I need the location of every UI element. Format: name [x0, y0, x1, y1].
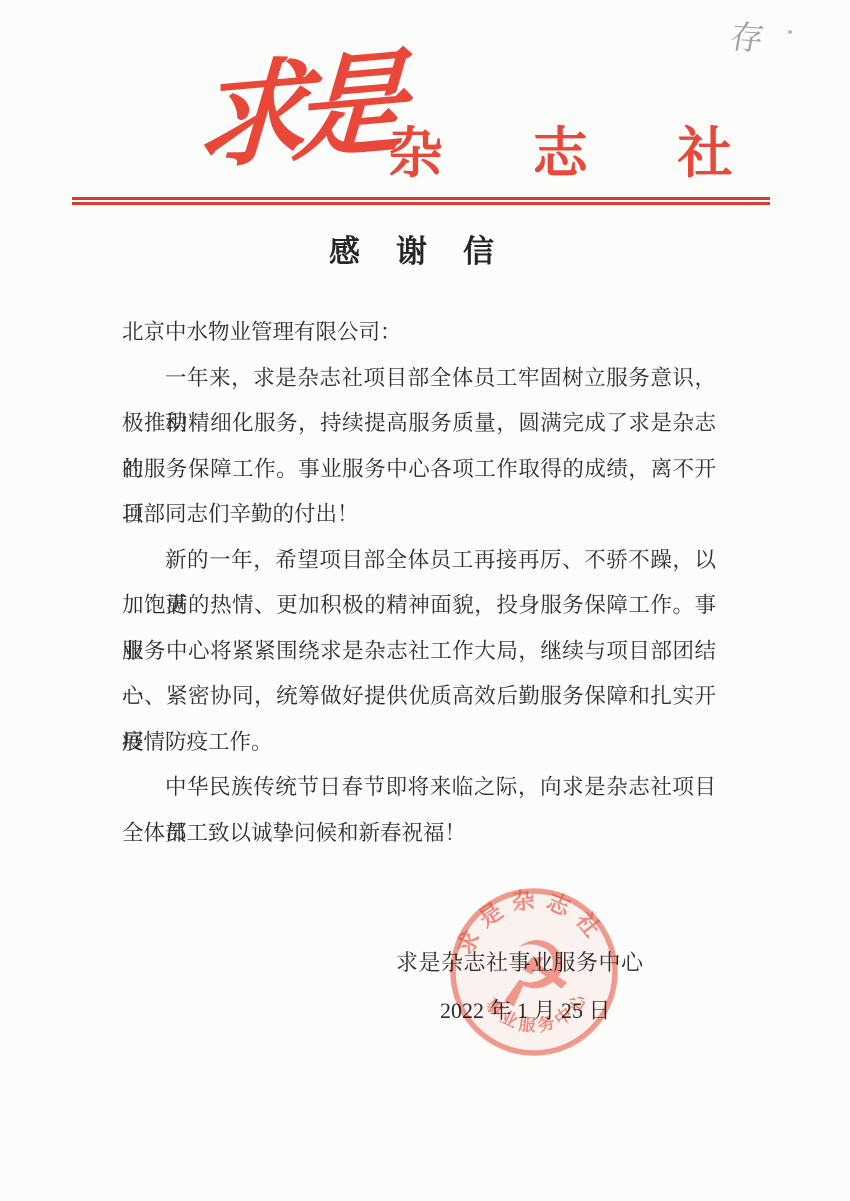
body-line: 疫情防疫工作。 — [122, 720, 716, 766]
masthead-calligraphy-logo: 求是 — [193, 47, 394, 177]
scanned-letter-page: 存 求是 杂 志 社 感谢信 北京中水物业管理有限公司： 一年来，求是杂志社项目… — [0, 0, 850, 1201]
letter-title: 感谢信 — [329, 226, 530, 271]
body-line: 极推动精细化服务，持续提高服务质量，圆满完成了求是杂志社 — [122, 401, 716, 447]
body-line: 目部同志们辛勤的付出！ — [122, 492, 716, 538]
official-seal-stamp: 求是杂志社 事业服务中心 ☭ — [439, 877, 630, 1068]
hammer-sickle-icon: ☭ — [490, 919, 578, 1028]
masthead-text: 杂 志 社 — [388, 124, 771, 185]
handwritten-note: 存 — [727, 11, 768, 60]
salutation-line: 北京中水物业管理有限公司： — [122, 310, 716, 356]
body-line: 一年来，求是杂志社项目部全体员工牢固树立服务意识，积 — [122, 356, 716, 402]
body-line: 中华民族传统节日春节即将来临之际，向求是杂志社项目部 — [122, 765, 716, 811]
body-line: 全体员工致以诚挚问候和新春祝福！ — [122, 811, 716, 857]
body-line: 的服务保障工作。事业服务中心各项工作取得的成绩，离不开项 — [122, 447, 716, 493]
body-line: 加饱满的热情、更加积极的精神面貌，投身服务保障工作。事业 — [122, 583, 716, 629]
body-line: 心、紧密协同，统筹做好提供优质高效后勤服务保障和扎实开展 — [122, 674, 716, 720]
rule-bottom-line — [72, 202, 770, 205]
red-double-rule — [72, 197, 770, 205]
body-line: 服务中心将紧紧围绕求是杂志社工作大局，继续与项目部团结一 — [122, 629, 716, 675]
body-line: 新的一年，希望项目部全体员工再接再厉、不骄不躁，以更 — [122, 538, 716, 584]
letter-body: 北京中水物业管理有限公司： 一年来，求是杂志社项目部全体员工牢固树立服务意识，积… — [122, 310, 716, 856]
pen-dot — [788, 30, 792, 34]
